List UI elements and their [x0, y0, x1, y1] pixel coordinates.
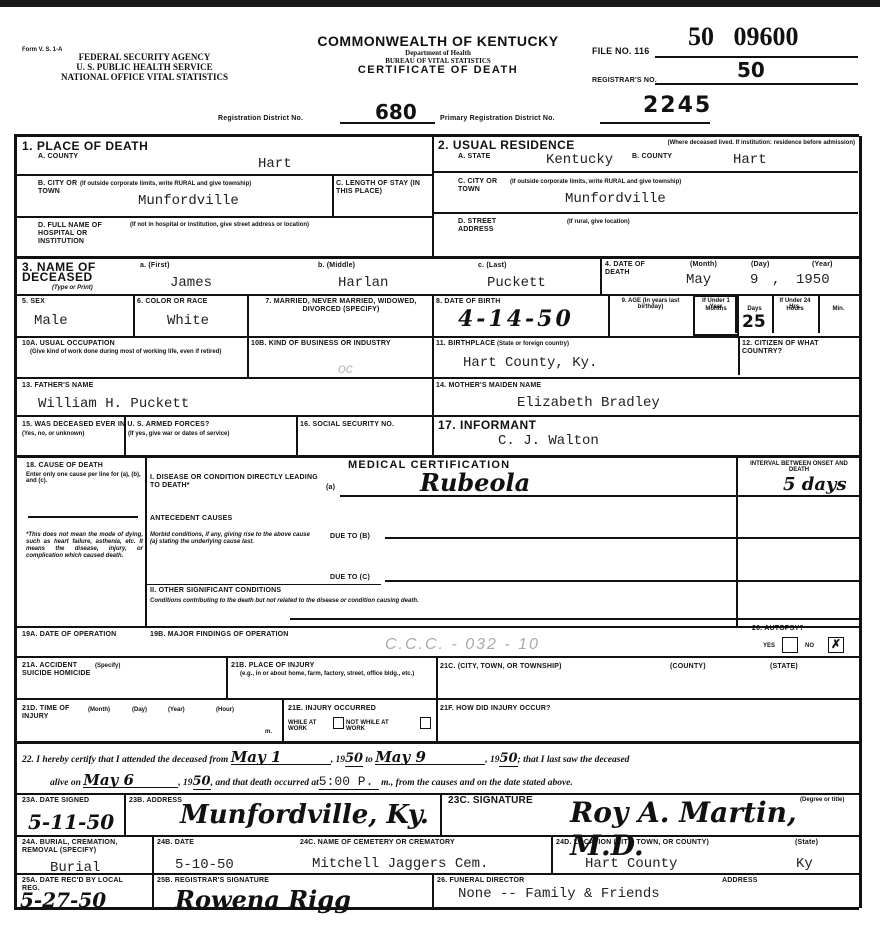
business-value: oc: [338, 360, 353, 376]
reg-district-label: Registration District No.: [218, 115, 303, 123]
injury-state-label: (STATE): [770, 663, 798, 671]
agency-block: FEDERAL SECURITY AGENCY U. S. PUBLIC HEA…: [22, 52, 267, 82]
marital-label: 7. MARRIED, NEVER MARRIED, WIDOWED, DIVO…: [251, 298, 431, 314]
part2-label: II. OTHER SIGNIFICANT CONDITIONS: [150, 587, 281, 595]
cert-text: 22. I hereby certify that I attended the…: [22, 755, 228, 765]
not-while-at-work-label: NOT WHILE AT WORK: [346, 720, 398, 732]
injury-day-label: (Day): [132, 707, 147, 713]
line: [432, 337, 434, 457]
registrar-signature-label: 25b. REGISTRAR'S SIGNATURE: [157, 877, 269, 885]
reg-district-value: 680: [375, 100, 417, 124]
line: [736, 457, 738, 627]
state-title: COMMONWEALTH OF KENTUCKY: [283, 34, 593, 49]
burial-date-value: 5-10-50: [175, 857, 234, 873]
cert-text: to: [365, 755, 372, 765]
cert-address-label: 23b. ADDRESS: [129, 797, 182, 805]
pod-city-value: Munfordville: [138, 193, 239, 209]
line: [296, 416, 298, 456]
cert-text: , 19: [331, 755, 345, 765]
dod-month-label: (Month): [690, 261, 717, 269]
interval-label: INTERVAL BETWEEN ONSET AND DEATH: [744, 461, 854, 473]
title-block: COMMONWEALTH OF KENTUCKY Department of H…: [283, 34, 593, 76]
line: [385, 537, 860, 539]
cert-text: ; that I last saw the deceased: [518, 755, 630, 765]
line: [14, 377, 859, 379]
pod-city-note: (If outside corporate limits, write RURA…: [80, 181, 320, 187]
armed-note-1: (Yes, no, or unknown): [22, 431, 84, 437]
line: [247, 337, 249, 377]
age-label: 9. AGE (In years last birthday): [613, 298, 688, 310]
injury-occurred-label: 21e. INJURY OCCURRED: [288, 705, 376, 713]
cert-text: m., from the causes and on the date stat…: [381, 778, 573, 788]
line: [432, 295, 434, 336]
father-label: 13. FATHER'S NAME: [22, 382, 93, 390]
ur-state-label: a. STATE: [458, 153, 490, 161]
cert-line-2: alive on May 6, 1950, and that death occ…: [22, 771, 857, 794]
line: [340, 495, 860, 497]
first-name: James: [170, 275, 212, 291]
signature-label: 23c. SIGNATURE: [448, 797, 533, 805]
line: [14, 793, 859, 795]
dod-label: 4. DATE OF DEATH: [605, 261, 645, 277]
line: [28, 516, 138, 518]
certification-statement: 22. I hereby certify that I attended the…: [22, 748, 857, 794]
funeral-director-value: None -- Family & Friends: [458, 886, 660, 902]
dob-label: 8. DATE OF BIRTH: [436, 298, 501, 306]
burial-date-label: 24b. DATE: [157, 839, 194, 847]
line: [551, 836, 553, 874]
burial-type-label: 24a. BURIAL, CREMATION, REMOVAL (Specify…: [22, 839, 152, 855]
part2-note: Conditions contributing to the death but…: [150, 598, 420, 605]
injury-m-label: m.: [265, 729, 272, 735]
attended-from: May 1: [231, 750, 331, 765]
agency-line-3: NATIONAL OFFICE VITAL STATISTICS: [22, 72, 267, 82]
injury-county-label: (COUNTY): [670, 663, 706, 671]
registrar-no-value: 50: [737, 58, 765, 82]
frame-top: [14, 134, 859, 137]
months-label: Months: [697, 306, 735, 312]
pod-stay-label: c. LENGTH OF STAY (in this place): [336, 180, 428, 196]
death-day: 9: [750, 272, 758, 288]
line: [14, 626, 859, 628]
death-time: 5:00 P.: [319, 775, 379, 790]
funeral-address-label: ADDRESS: [722, 877, 758, 885]
line: [433, 212, 858, 214]
informant-value: C. J. Walton: [498, 433, 599, 449]
physician-signature: Roy A. Martin, M.D.: [570, 796, 880, 862]
cert-text: , and that death occurred at: [211, 778, 319, 788]
line: [146, 584, 381, 585]
dod-day-label: (Day): [751, 261, 770, 269]
sex-label: 5. SEX: [22, 298, 45, 306]
cert-address-value: Munfordville, Ky.: [180, 800, 429, 830]
birthplace-label: 11. BIRTHPLACE: [436, 340, 495, 348]
line: [145, 457, 147, 627]
line: [608, 295, 610, 336]
line: [433, 171, 858, 173]
line: [290, 618, 860, 620]
autopsy-yes-checkbox[interactable]: [782, 637, 798, 653]
line: [332, 175, 334, 217]
line: [385, 580, 860, 582]
date-signed-label: 23a. DATE SIGNED: [22, 797, 89, 805]
antecedent-note: Morbid conditions, if any, giving rise t…: [150, 532, 315, 546]
injury-city-label: 21c. (CITY, TOWN, OR TOWNSHIP): [440, 663, 562, 671]
dod-year-label: (Year): [812, 261, 833, 269]
informant-label: 17. INFORMANT: [438, 420, 537, 431]
operation-findings-label: 19b. MAJOR FINDINGS OF OPERATION: [150, 631, 289, 639]
ur-county-value: Hart: [733, 152, 767, 168]
last-seen-year: 50: [193, 774, 211, 790]
line: [738, 337, 740, 375]
attended-from-year: 50: [345, 751, 363, 767]
line: [14, 216, 433, 218]
date-signed-value: 5-11-50: [28, 810, 114, 834]
line: [14, 873, 859, 875]
operation-date-label: 19a. DATE OF OPERATION: [22, 631, 142, 639]
department: Department of Health: [283, 49, 593, 57]
scan-top-edge: [0, 0, 880, 7]
line: [600, 258, 602, 295]
line: [440, 794, 442, 836]
last-name: Puckett: [487, 275, 546, 291]
injury-place-label: 21b. PLACE OF INJURY: [231, 662, 314, 670]
usual-residence-title: 2. USUAL RESIDENCE: [438, 140, 575, 151]
cert-text: , 19: [178, 778, 192, 788]
business-label: 10b. KIND OF BUSINESS OR INDUSTRY: [251, 340, 429, 348]
certificate-title: CERTIFICATE OF DEATH: [283, 65, 593, 76]
primary-district-value: 2245: [643, 93, 712, 118]
ur-note: (Where deceased lived. If institution: r…: [620, 140, 855, 146]
ur-city-label: c. CITY OR TOWN: [458, 178, 498, 194]
place-of-death-title: 1. PLACE OF DEATH: [22, 141, 148, 152]
line: [14, 698, 859, 700]
ur-city-note: (If outside corporate limits, write RURA…: [510, 179, 810, 185]
ur-state-value: Kentucky: [546, 152, 613, 168]
pod-hospital-note: (If not in hospital or institution, give…: [130, 222, 425, 228]
injury-time-label: 21d. TIME OF INJURY: [22, 705, 77, 721]
injury-hour-label: (Hour): [216, 707, 234, 713]
line: [282, 699, 284, 741]
armed-note-2: (If yes, give war or dates of service): [128, 431, 229, 437]
line: [432, 874, 434, 908]
agency-line-2: U. S. PUBLIC HEALTH SERVICE: [22, 62, 267, 72]
name-sub: (Type or Print): [52, 285, 93, 291]
citizen-label: 12. CITIZEN OF WHAT COUNTRY?: [742, 340, 854, 356]
cause-footnote: *This does not mean the mode of dying, s…: [26, 532, 143, 560]
accident-label: 21a. ACCIDENT SUICIDE HOMICIDE: [22, 662, 92, 678]
ur-county-label: b. COUNTY: [632, 153, 672, 161]
line: [124, 416, 126, 456]
cert-line-1: 22. I hereby certify that I attended the…: [22, 748, 857, 771]
while-at-work-label: WHILE AT WORK: [288, 720, 330, 732]
line: [14, 415, 859, 417]
registrar-no-underline: [655, 83, 858, 85]
sex-value: Male: [34, 313, 68, 329]
file-no-label: FILE NO. 116: [592, 47, 649, 55]
birthplace-value: Hart County, Ky.: [463, 355, 597, 371]
autopsy-no-label: NO: [805, 643, 814, 649]
while-at-work-checkbox[interactable]: [333, 717, 344, 729]
injury-year-label: (Year): [168, 707, 185, 713]
race-value: White: [167, 313, 209, 329]
divider-1-2: [432, 136, 434, 258]
injury-month-label: (Month): [88, 707, 110, 713]
accident-note: (Specify): [95, 663, 120, 669]
min-label: Min.: [822, 306, 855, 312]
occupation-note: (Give kind of work done during most of w…: [30, 349, 240, 355]
line: [133, 295, 135, 336]
middle-label: b. (Middle): [318, 262, 355, 270]
mother-label: 14. MOTHER'S MAIDEN NAME: [436, 382, 541, 390]
attended-to-year: 50: [499, 751, 517, 767]
not-while-at-work-checkbox[interactable]: [420, 717, 431, 729]
burial-state-value: Ky: [796, 856, 813, 872]
line: [14, 256, 859, 259]
line: [226, 657, 228, 699]
burial-location-label: 24d. LOCATION (City, town, or county): [556, 839, 709, 847]
ur-street-note: (If rural, give location): [567, 219, 630, 225]
line: [772, 295, 774, 333]
injury-place-note: (e.g., in or about home, farm, factory, …: [240, 671, 435, 677]
occupation-label: 10a. USUAL OCCUPATION: [22, 340, 115, 348]
operation-code: C.C.C. - 032 - 10: [385, 636, 540, 654]
line: [14, 174, 433, 176]
injury-how-label: 21f. HOW DID INJURY OCCUR?: [440, 705, 551, 713]
cert-text: alive on: [50, 778, 81, 788]
cause-a-label: (a): [326, 484, 335, 492]
line: [14, 741, 859, 744]
autopsy-yes-label: YES: [763, 643, 775, 649]
last-label: c. (Last): [478, 262, 507, 270]
cause-a-value: Rubeola: [420, 468, 530, 497]
agency-line-1: FEDERAL SECURITY AGENCY: [22, 52, 267, 62]
attended-to: May 9: [375, 750, 485, 765]
autopsy-label: 20. AUTOPSY?: [752, 625, 804, 633]
ssn-label: 16. SOCIAL SECURITY NO.: [300, 421, 428, 429]
file-no-value: 50 09600: [688, 22, 799, 52]
line: [14, 835, 859, 837]
pod-county-label: a. COUNTY: [38, 153, 78, 161]
name-label: 3. NAME OF DECEASED: [22, 262, 117, 282]
ur-city-value: Munfordville: [565, 191, 666, 207]
registrar-no-label: REGISTRAR'S NO.: [592, 77, 657, 85]
middle-name: Harlan: [338, 275, 388, 291]
hours-label: Hours: [775, 306, 815, 312]
age-days-value: 25: [742, 312, 766, 332]
burial-location-value: Hart County: [585, 856, 677, 872]
birthplace-note: (State or foreign country): [497, 341, 569, 347]
line: [818, 295, 820, 333]
line: [124, 794, 126, 836]
line: [14, 455, 859, 458]
frame-bottom: [14, 907, 859, 910]
cause-of-death-label: 18. CAUSE OF DEATH: [26, 462, 103, 470]
primary-district-underline: [600, 122, 710, 124]
race-label: 6. COLOR OR RACE: [137, 298, 207, 306]
line: [152, 836, 154, 908]
ur-street-label: d. STREET ADDRESS: [458, 218, 498, 234]
cause-note: Enter only one cause per line for (a), (…: [26, 472, 144, 484]
first-label: a. (First): [140, 262, 170, 270]
cert-text: , 19: [485, 755, 499, 765]
dob-value: 4-14-50: [458, 306, 574, 332]
autopsy-no-checkbox[interactable]: ✗: [828, 637, 844, 653]
burial-state-label: (State): [795, 839, 818, 847]
antecedent-label: ANTECEDENT CAUSES: [150, 515, 232, 523]
death-month: May: [686, 272, 711, 288]
line: [735, 295, 737, 333]
last-seen-alive: May 6: [83, 773, 178, 788]
death-year: 1950: [796, 272, 830, 288]
line: [247, 295, 249, 336]
cause-b-label: DUE TO (b): [330, 533, 370, 541]
cause-c-label: DUE TO (c): [330, 574, 370, 582]
pod-county-value: Hart: [258, 156, 292, 172]
mother-name: Elizabeth Bradley: [517, 395, 660, 411]
cemetery-label: 24c. NAME OF CEMETERY OR CREMATORY: [300, 839, 455, 847]
part1-label: I. DISEASE OR CONDITION DIRECTLY LEADING…: [150, 474, 320, 490]
interval-value: 5 days: [783, 474, 847, 495]
line: [14, 336, 859, 338]
primary-district-label: Primary Registration District No.: [440, 115, 555, 123]
father-name: William H. Puckett: [38, 396, 189, 412]
cemetery-value: Mitchell Jaggers Cem.: [312, 856, 488, 872]
funeral-director-label: 26. FUNERAL DIRECTOR: [437, 877, 524, 885]
pod-hospital-label: d. FULL NAME OF HOSPITAL OR INSTITUTION: [38, 222, 128, 246]
